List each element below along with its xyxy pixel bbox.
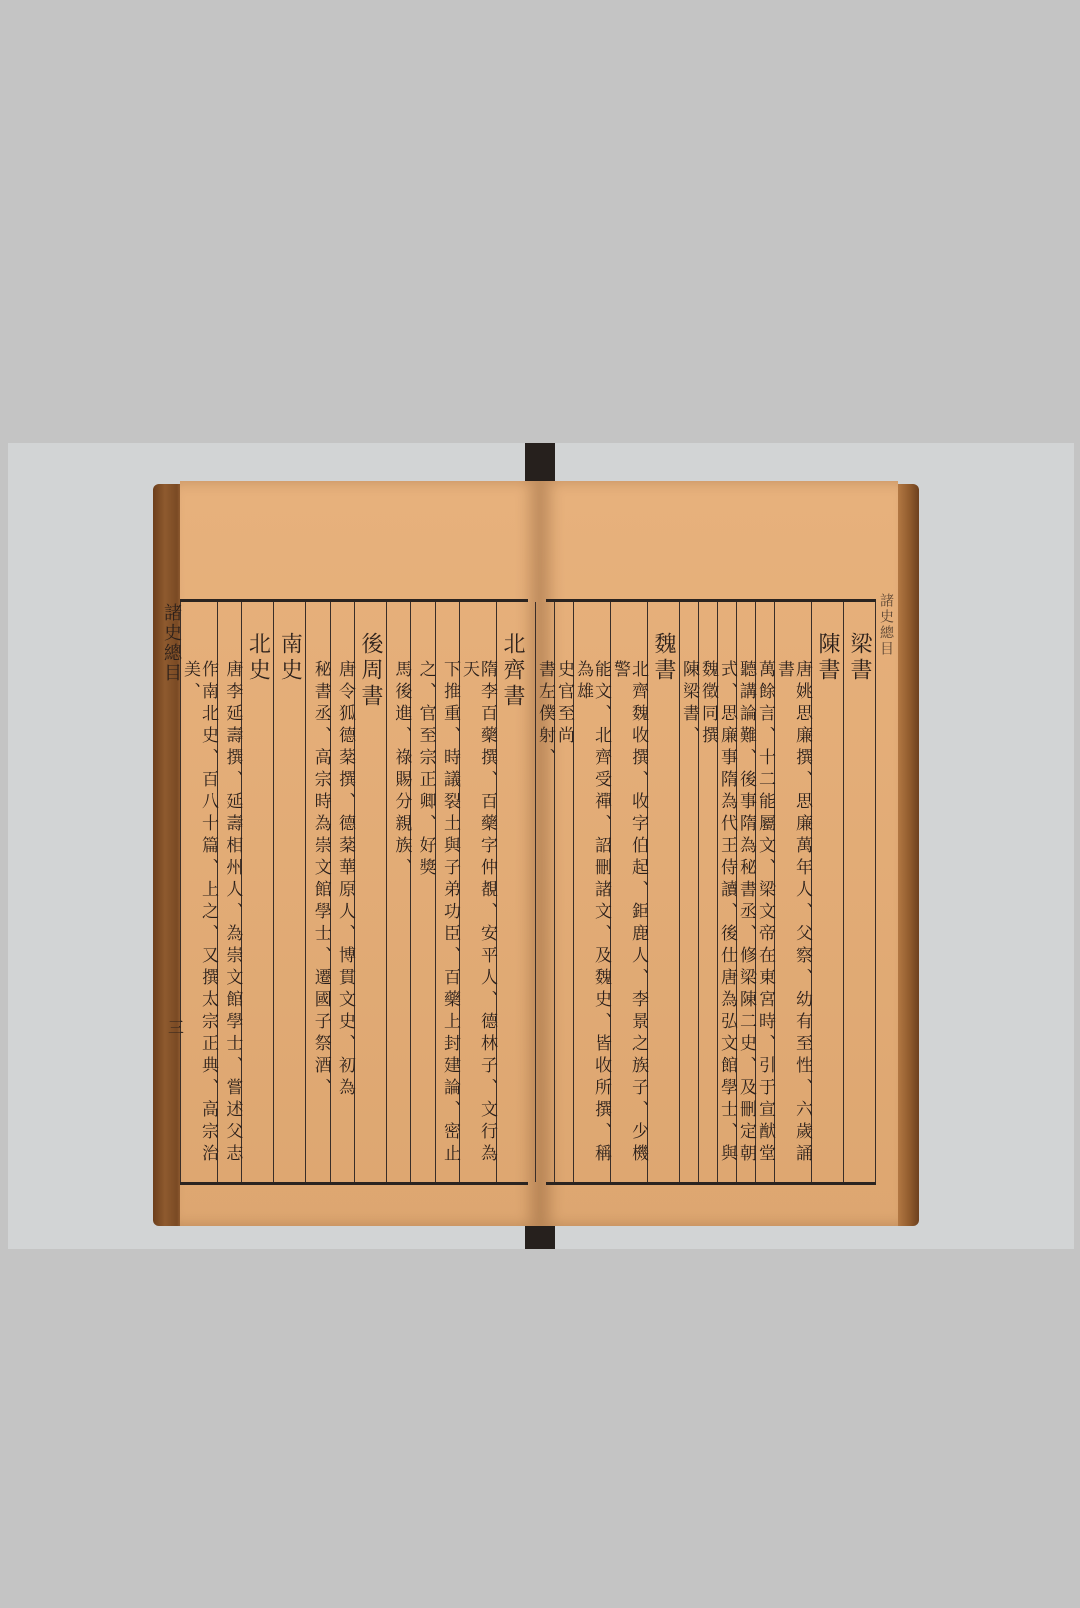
left-page: 北齊書隋李百藥撰、百藥字仲覩、安平人、德林子、文行為天下推重、時議裂土與子弟功臣…: [180, 481, 540, 1226]
section-heading: 梁書: [843, 602, 875, 1182]
text-column: 秘書丞、高宗時為崇文館學士、遷國子祭酒、: [305, 602, 329, 1182]
book-edge-right: [897, 484, 919, 1226]
right-page-columns: 梁書陳書唐姚思廉撰、思廉萬年人、父察、幼有至性、六歲誦書萬餘言、十二能屬文、梁文…: [546, 602, 876, 1182]
text-column: 魏徵同撰: [698, 602, 717, 1182]
page-number: 三: [168, 1015, 184, 1038]
left-page-frame: 北齊書隋李百藥撰、百藥字仲覩、安平人、德林子、文行為天下推重、時議裂土與子弟功臣…: [180, 599, 528, 1185]
right-page-frame: 梁書陳書唐姚思廉撰、思廉萬年人、父察、幼有至性、六歲誦書萬餘言、十二能屬文、梁文…: [546, 599, 876, 1185]
text-column: 馬後進、祿賜分親族、: [386, 602, 410, 1182]
text-column: 下推重、時議裂土與子弟功臣、百藥上封建論、密止: [435, 602, 459, 1182]
section-heading: 北齊書: [496, 602, 528, 1182]
text-column: 式、思廉事隋為代王侍讀、後仕唐為弘文館學士、與: [717, 602, 736, 1182]
section-heading: 北史: [241, 602, 273, 1182]
right-page: 梁書陳書唐姚思廉撰、思廉萬年人、父察、幼有至性、六歲誦書萬餘言、十二能屬文、梁文…: [540, 481, 898, 1226]
left-edge-title: 諸史總目: [158, 603, 184, 683]
section-heading: 魏書: [647, 602, 679, 1182]
section-heading: 南史: [273, 602, 305, 1182]
text-column: 隋李百藥撰、百藥字仲覩、安平人、德林子、文行為天: [459, 602, 496, 1182]
text-column: 聽講論難、後事隋為秘書丞、修梁陳二史、及刪定朝: [736, 602, 755, 1182]
text-column: 之、官至宗正卿、好獎: [410, 602, 434, 1182]
left-page-columns: 北齊書隋李百藥撰、百藥字仲覩、安平人、德林子、文行為天下推重、時議裂土與子弟功臣…: [180, 602, 528, 1182]
text-column: 能文、北齊受禪、詔刪諸文、及魏史、皆收所撰、稱為雄: [573, 602, 610, 1182]
text-column: 北齊魏收撰、收字伯起、鉅鹿人、李景之族子、少機警: [610, 602, 647, 1182]
text-column: 唐令狐德棻撰、德棻華原人、博貫文史、初為: [330, 602, 354, 1182]
text-column: 作南北史、百八十篇、上之、又撰太宗正典、高宗治美、: [180, 602, 217, 1182]
text-column: 書左僕射、: [535, 602, 554, 1182]
book-edge-left: [153, 484, 183, 1226]
text-column: 唐李延壽撰、延壽相州人、為崇文館學士、嘗述父志: [217, 602, 241, 1182]
text-column: 史官至尚: [554, 602, 573, 1182]
empty-column: [875, 602, 876, 1182]
right-edge-title: 諸史總目: [876, 593, 896, 657]
section-heading: 陳書: [811, 602, 843, 1182]
text-column: 萬餘言、十二能屬文、梁文帝在東宮時、引于宣猷堂: [755, 602, 774, 1182]
text-column: 陳梁書、: [679, 602, 698, 1182]
text-column: 唐姚思廉撰、思廉萬年人、父察、幼有至性、六歲誦書: [774, 602, 811, 1182]
section-heading: 後周書: [354, 602, 386, 1182]
